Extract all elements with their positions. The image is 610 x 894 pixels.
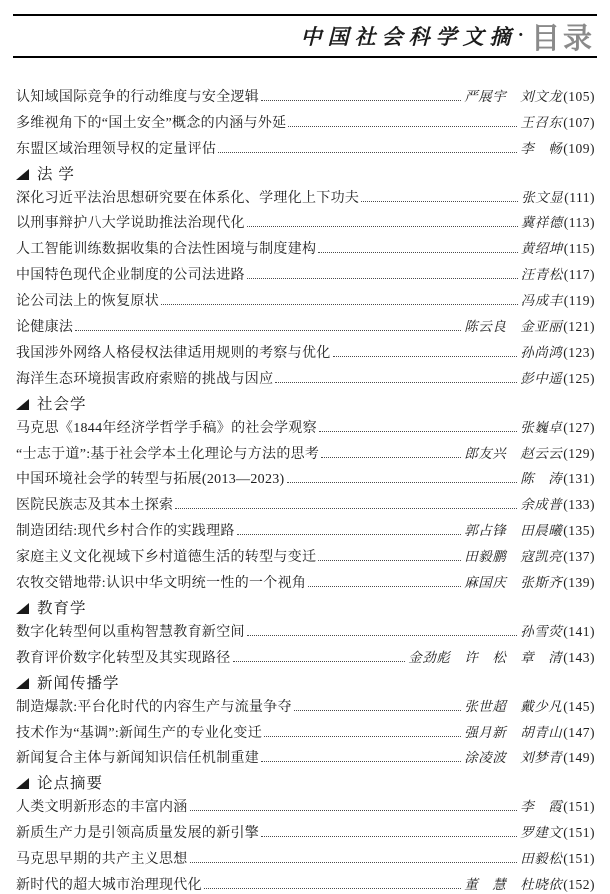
entry-authors: 郭占锋 田晨曦 [464,523,562,538]
toc-entry: 多维视角下的“国土安全”概念的内涵与外延 王召东 (107) [16,114,595,131]
toc-entry: 中国特色现代企业制度的公司法进路 汪青松 (117) [16,266,595,283]
dot-leader [288,114,517,127]
dot-leader [319,419,517,432]
entry-title: 新质生产力是引领高质量发展的新引擎 [16,826,259,841]
section-label: 社会学 [37,396,87,413]
entry-title: 制造爆款:平台化时代的内容生产与流量争夺 [16,700,292,715]
toc-entry: 东盟区域治理领导权的定量评估 李 畅 (109) [16,140,595,157]
entry-title: “士志于道”:基于社会学本土化理论与方法的思考 [16,447,319,462]
section-entries: 马克思《1844年经济学哲学手稿》的社会学观察 张巍卓 (127) “士志于道”… [16,419,595,591]
dot-leader [275,370,517,383]
entry-title: 家庭主义文化视域下乡村道德生活的转型与变迁 [16,550,316,565]
entry-authors: 董 慧 杜晓依 [464,877,562,892]
entry-page-number: (115) [564,241,595,256]
dot-leader [318,548,461,561]
toc-section: 论点摘要 人类文明新形态的丰富内涵 李 霞 (151) 新质生产力是引领高质量发… [16,775,595,893]
dot-leader [237,522,462,535]
section-triangle-icon [16,678,29,689]
entry-title: 马克思早期的共产主义思想 [16,852,188,867]
dot-leader [75,318,461,331]
toc-entry: 新质生产力是引领高质量发展的新引擎 罗建文 (151) [16,824,595,841]
section-entries: 深化习近平法治思想研究要在体系化、学理化上下功夫 张文显 (111) 以刑事辩护… [16,189,595,387]
entry-title: 医院民族志及其本土探索 [16,498,173,513]
toc-section: 法 学 深化习近平法治思想研究要在体系化、学理化上下功夫 张文显 (111) 以… [16,166,595,387]
toc-entry: 中国环境社会学的转型与拓展(2013—2023) 陈 涛 (131) [16,471,595,488]
entry-title: 以刑事辩护八大学说助推法治现代化 [16,216,245,231]
entry-page-number: (151) [563,851,595,866]
toc-entry: 技术作为“基调”:新闻生产的专业化变迁 强月新 胡青山 (147) [16,724,595,741]
section-header: 社会学 [16,396,595,413]
section-entries: 制造爆款:平台化时代的内容生产与流量争夺 张世超 戴少凡 (145) 技术作为“… [16,698,595,767]
entry-page-number: (119) [564,293,595,308]
entry-authors: 孙雪荧 [520,624,562,639]
entry-page-number: (123) [563,345,595,360]
entry-page-number: (111) [564,190,595,205]
entry-title: 教育评价数字化转型及其实现路径 [16,651,231,666]
dot-leader [204,876,461,889]
section-header: 新闻传播学 [16,675,595,692]
section-entries: 数字化转型何以重构智慧教育新空间 孙雪荧 (141) 教育评价数字化转型及其实现… [16,623,595,666]
entry-page-number: (129) [563,446,595,461]
entry-authors: 田毅鹏 寇凯亮 [464,549,562,564]
entry-title: 农牧交错地带:认识中华文明统一性的一个视角 [16,576,306,591]
entry-authors: 陈云良 金亚丽 [464,319,562,334]
dot-leader [333,344,518,357]
toc-entry: 制造爆款:平台化时代的内容生产与流量争夺 张世超 戴少凡 (145) [16,698,595,715]
dot-leader [287,471,518,484]
toc-entry: 新闻复合主体与新闻知识信任机制重建 涂凌波 刘梦青 (149) [16,750,595,767]
entry-title: 我国涉外网络人格侵权法律适用规则的考察与优化 [16,346,331,361]
dot-leader [294,698,461,711]
entry-title: 制造团结:现代乡村合作的实践理路 [16,524,235,539]
toc-entry: 新时代的超大城市治理现代化 董 慧 杜晓依 (152) [16,876,595,893]
section-label: 论点摘要 [37,775,103,792]
section-label: 法 学 [37,166,75,183]
entry-title: 海洋生态环境损害政府索赔的挑战与因应 [16,372,273,387]
entry-title: 数字化转型何以重构智慧教育新空间 [16,625,245,640]
toc-entry: 马克思《1844年经济学哲学手稿》的社会学观察 张巍卓 (127) [16,419,595,436]
entry-page-number: (145) [563,699,595,714]
entry-page-number: (127) [563,420,595,435]
toc-page: 中国社会科学文摘 · 目录 认知域国际竞争的行动维度与安全逻辑 严展宇 刘文龙 … [0,0,610,894]
entry-authors: 田毅松 [520,851,562,866]
dot-leader [361,189,518,202]
entry-page-number: (137) [563,549,595,564]
dot-leader [308,574,461,587]
entry-title: 新闻复合主体与新闻知识信任机制重建 [16,751,259,766]
section-triangle-icon [16,778,29,789]
toc-entry: “士志于道”:基于社会学本土化理论与方法的思考 郎友兴 赵云云 (129) [16,445,595,462]
entry-page-number: (149) [563,750,595,765]
entry-title: 论公司法上的恢复原状 [16,294,159,309]
entry-authors: 余成普 [520,497,562,512]
toc-entry: 家庭主义文化视域下乡村道德生活的转型与变迁 田毅鹏 寇凯亮 (137) [16,548,595,565]
section-header: 教育学 [16,600,595,617]
title-separator-dot: · [518,25,524,47]
toc-entry: 马克思早期的共产主义思想 田毅松 (151) [16,850,595,867]
entry-authors: 张巍卓 [520,420,562,435]
entry-page-number: (152) [563,877,595,892]
section-header: 法 学 [16,166,595,183]
entry-title: 马克思《1844年经济学哲学手稿》的社会学观察 [16,421,317,436]
entry-page-number: (147) [563,725,595,740]
toc-entry: 人类文明新形态的丰富内涵 李 霞 (151) [16,798,595,815]
masthead-title-row: 中国社会科学文摘 · 目录 [13,16,597,56]
entry-page-number: (121) [563,319,595,334]
entry-title: 技术作为“基调”:新闻生产的专业化变迁 [16,726,262,741]
entry-authors: 李 霞 [520,799,562,814]
toc-list: 认知域国际竞争的行动维度与安全逻辑 严展宇 刘文龙 (105) 多维视角下的“国… [0,58,610,893]
entry-page-number: (117) [564,267,595,282]
entry-authors: 冯成丰 [521,293,563,308]
dot-leader [261,824,517,837]
toc-entry: 人工智能训练数据收集的合法性困境与制度建构 黄绍坤 (115) [16,240,595,257]
entry-page-number: (107) [563,115,595,130]
entry-authors: 冀祥德 [521,215,563,230]
entry-title: 人工智能训练数据收集的合法性困境与制度建构 [16,242,316,257]
entry-page-number: (141) [563,624,595,639]
toc-section: 认知域国际竞争的行动维度与安全逻辑 严展宇 刘文龙 (105) 多维视角下的“国… [16,88,595,157]
toc-entry: 制造团结:现代乡村合作的实践理路 郭占锋 田晨曦 (135) [16,522,595,539]
entry-title: 论健康法 [16,320,73,335]
toc-entry: 教育评价数字化转型及其实现路径 金劲彪 许 松 章 清 (143) [16,649,595,666]
entry-title: 中国特色现代企业制度的公司法进路 [16,268,245,283]
entry-title: 人类文明新形态的丰富内涵 [16,800,188,815]
entry-authors: 陈 涛 [520,471,562,486]
entry-authors: 麻国庆 张斯齐 [464,575,562,590]
entry-title: 多维视角下的“国土安全”概念的内涵与外延 [16,116,286,131]
dot-leader [261,750,461,763]
entry-page-number: (139) [563,575,595,590]
entry-authors: 张世超 戴少凡 [464,699,562,714]
dot-leader [247,623,517,636]
entry-page-number: (143) [563,650,595,665]
entry-title: 东盟区域治理领导权的定量评估 [16,142,216,157]
toc-entry: 论健康法 陈云良 金亚丽 (121) [16,318,595,335]
masthead: 中国社会科学文摘 · 目录 [13,14,597,58]
entry-page-number: (125) [563,371,595,386]
toc-entry: 我国涉外网络人格侵权法律适用规则的考察与优化 孙尚鸿 (123) [16,344,595,361]
dot-leader [175,496,517,509]
section-entries: 认知域国际竞争的行动维度与安全逻辑 严展宇 刘文龙 (105) 多维视角下的“国… [16,88,595,157]
entry-authors: 黄绍坤 [521,241,563,256]
entry-authors: 王召东 [520,115,562,130]
toc-entry: 论公司法上的恢复原状 冯成丰 (119) [16,292,595,309]
section-label: 新闻传播学 [37,675,120,692]
entry-title: 中国环境社会学的转型与拓展(2013—2023) [16,472,285,487]
toc-entry: 深化习近平法治思想研究要在体系化、学理化上下功夫 张文显 (111) [16,189,595,206]
section-triangle-icon [16,169,29,180]
toc-entry: 以刑事辩护八大学说助推法治现代化 冀祥德 (113) [16,215,595,232]
page-title: 目录 [531,16,595,57]
dot-leader [190,798,518,811]
dot-leader [264,724,461,737]
toc-section: 社会学 马克思《1844年经济学哲学手稿》的社会学观察 张巍卓 (127) “士… [16,396,595,591]
dot-leader [261,88,461,101]
entry-authors: 李 畅 [520,141,562,156]
entry-authors: 严展宇 刘文龙 [464,89,562,104]
entry-authors: 强月新 胡青山 [464,725,562,740]
entry-authors: 罗建文 [520,825,562,840]
section-entries: 人类文明新形态的丰富内涵 李 霞 (151) 新质生产力是引领高质量发展的新引擎… [16,798,595,893]
entry-authors: 孙尚鸿 [520,345,562,360]
entry-title: 新时代的超大城市治理现代化 [16,878,202,893]
toc-entry: 数字化转型何以重构智慧教育新空间 孙雪荧 (141) [16,623,595,640]
dot-leader [190,850,518,863]
entry-page-number: (105) [563,89,595,104]
section-label: 教育学 [37,600,87,617]
entry-authors: 张文显 [521,190,563,205]
journal-title: 中国社会科学文摘 [301,21,517,51]
dot-leader [247,215,518,228]
entry-authors: 郎友兴 赵云云 [464,446,562,461]
dot-leader [247,266,518,279]
entry-authors: 彭中遥 [520,371,562,386]
entry-authors: 汪青松 [521,267,563,282]
dot-leader [321,445,461,458]
entry-page-number: (131) [563,471,595,486]
toc-entry: 医院民族志及其本土探索 余成普 (133) [16,496,595,513]
entry-page-number: (109) [563,141,595,156]
toc-entry: 农牧交错地带:认识中华文明统一性的一个视角 麻国庆 张斯齐 (139) [16,574,595,591]
entry-authors: 金劲彪 许 松 章 清 [408,650,562,665]
entry-page-number: (113) [564,215,595,230]
toc-entry: 认知域国际竞争的行动维度与安全逻辑 严展宇 刘文龙 (105) [16,88,595,105]
toc-entry: 海洋生态环境损害政府索赔的挑战与因应 彭中遥 (125) [16,370,595,387]
entry-page-number: (135) [563,523,595,538]
entry-page-number: (151) [563,825,595,840]
section-triangle-icon [16,603,29,614]
section-header: 论点摘要 [16,775,595,792]
toc-section: 教育学 数字化转型何以重构智慧教育新空间 孙雪荧 (141) 教育评价数字化转型… [16,600,595,666]
entry-title: 认知域国际竞争的行动维度与安全逻辑 [16,90,259,105]
dot-leader [161,292,518,305]
entry-authors: 涂凌波 刘梦青 [464,750,562,765]
dot-leader [218,140,517,153]
toc-section: 新闻传播学 制造爆款:平台化时代的内容生产与流量争夺 张世超 戴少凡 (145)… [16,675,595,767]
entry-title: 深化习近平法治思想研究要在体系化、学理化上下功夫 [16,191,359,206]
dot-leader [233,649,406,662]
entry-page-number: (151) [563,799,595,814]
entry-page-number: (133) [563,497,595,512]
dot-leader [318,240,517,253]
section-triangle-icon [16,399,29,410]
